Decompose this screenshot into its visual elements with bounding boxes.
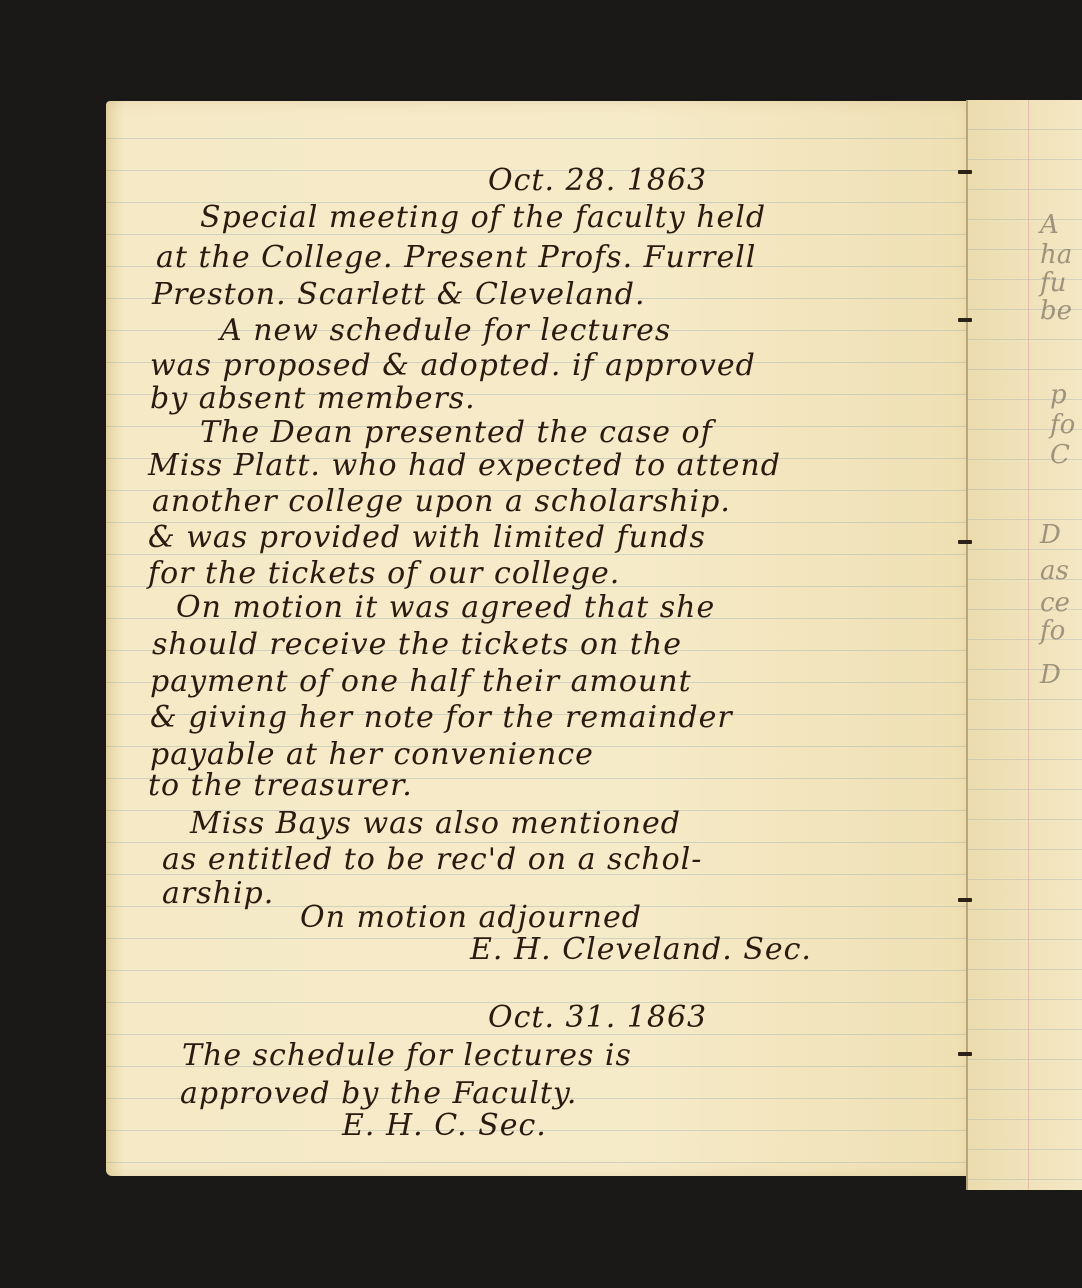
minutes-line: Preston. Scarlett & Cleveland. — [152, 277, 646, 312]
secretary-signature: E. H. C. Sec. — [342, 1108, 547, 1143]
binding-stitch — [958, 898, 972, 902]
minutes-line: by absent members. — [150, 381, 476, 416]
minutes-line: Special meeting of the faculty held — [200, 200, 766, 235]
binding-stitch — [958, 170, 972, 174]
minutes-line: payment of one half their amount — [150, 664, 692, 699]
minutes-line: approved by the Faculty. — [180, 1076, 577, 1111]
minutes-line: was proposed & adopted. if approved — [150, 348, 756, 383]
minutes-line: another college upon a scholarship. — [152, 484, 731, 519]
minutes-line: should receive the tickets on the — [152, 627, 682, 662]
minutes-line: On motion it was agreed that she — [176, 590, 715, 625]
minutes-line: Miss Bays was also mentioned — [190, 806, 681, 841]
binding-stitch — [958, 1052, 972, 1056]
minutes-line: The schedule for lectures is — [182, 1038, 632, 1073]
minutes-line: On motion adjourned — [300, 900, 642, 935]
entry-date: Oct. 31. 1863 — [488, 1000, 707, 1035]
minutes-line: at the College. Present Profs. Furrell — [156, 240, 756, 275]
minutes-line: Miss Platt. who had expected to attend — [148, 448, 781, 483]
minutes-line: for the tickets of our college. — [148, 556, 620, 591]
minutes-line: & was provided with limited funds — [148, 520, 706, 555]
secretary-signature: E. H. Cleveland. Sec. — [470, 932, 812, 967]
minutes-line: payable at her convenience — [150, 737, 594, 772]
binding-stitch — [958, 318, 972, 322]
minutes-line: as entitled to be rec'd on a schol- — [162, 842, 702, 877]
entry-date: Oct. 28. 1863 — [488, 163, 707, 198]
binding-stitch — [958, 540, 972, 544]
minutes-line: to the treasurer. — [148, 768, 413, 803]
margin-rule — [1028, 100, 1029, 1190]
minutes-line: arship. — [162, 876, 274, 911]
minutes-line: A new schedule for lectures — [220, 313, 671, 348]
minutes-line: The Dean presented the case of — [200, 415, 713, 450]
minutes-line: & giving her note for the remainder — [150, 700, 733, 735]
